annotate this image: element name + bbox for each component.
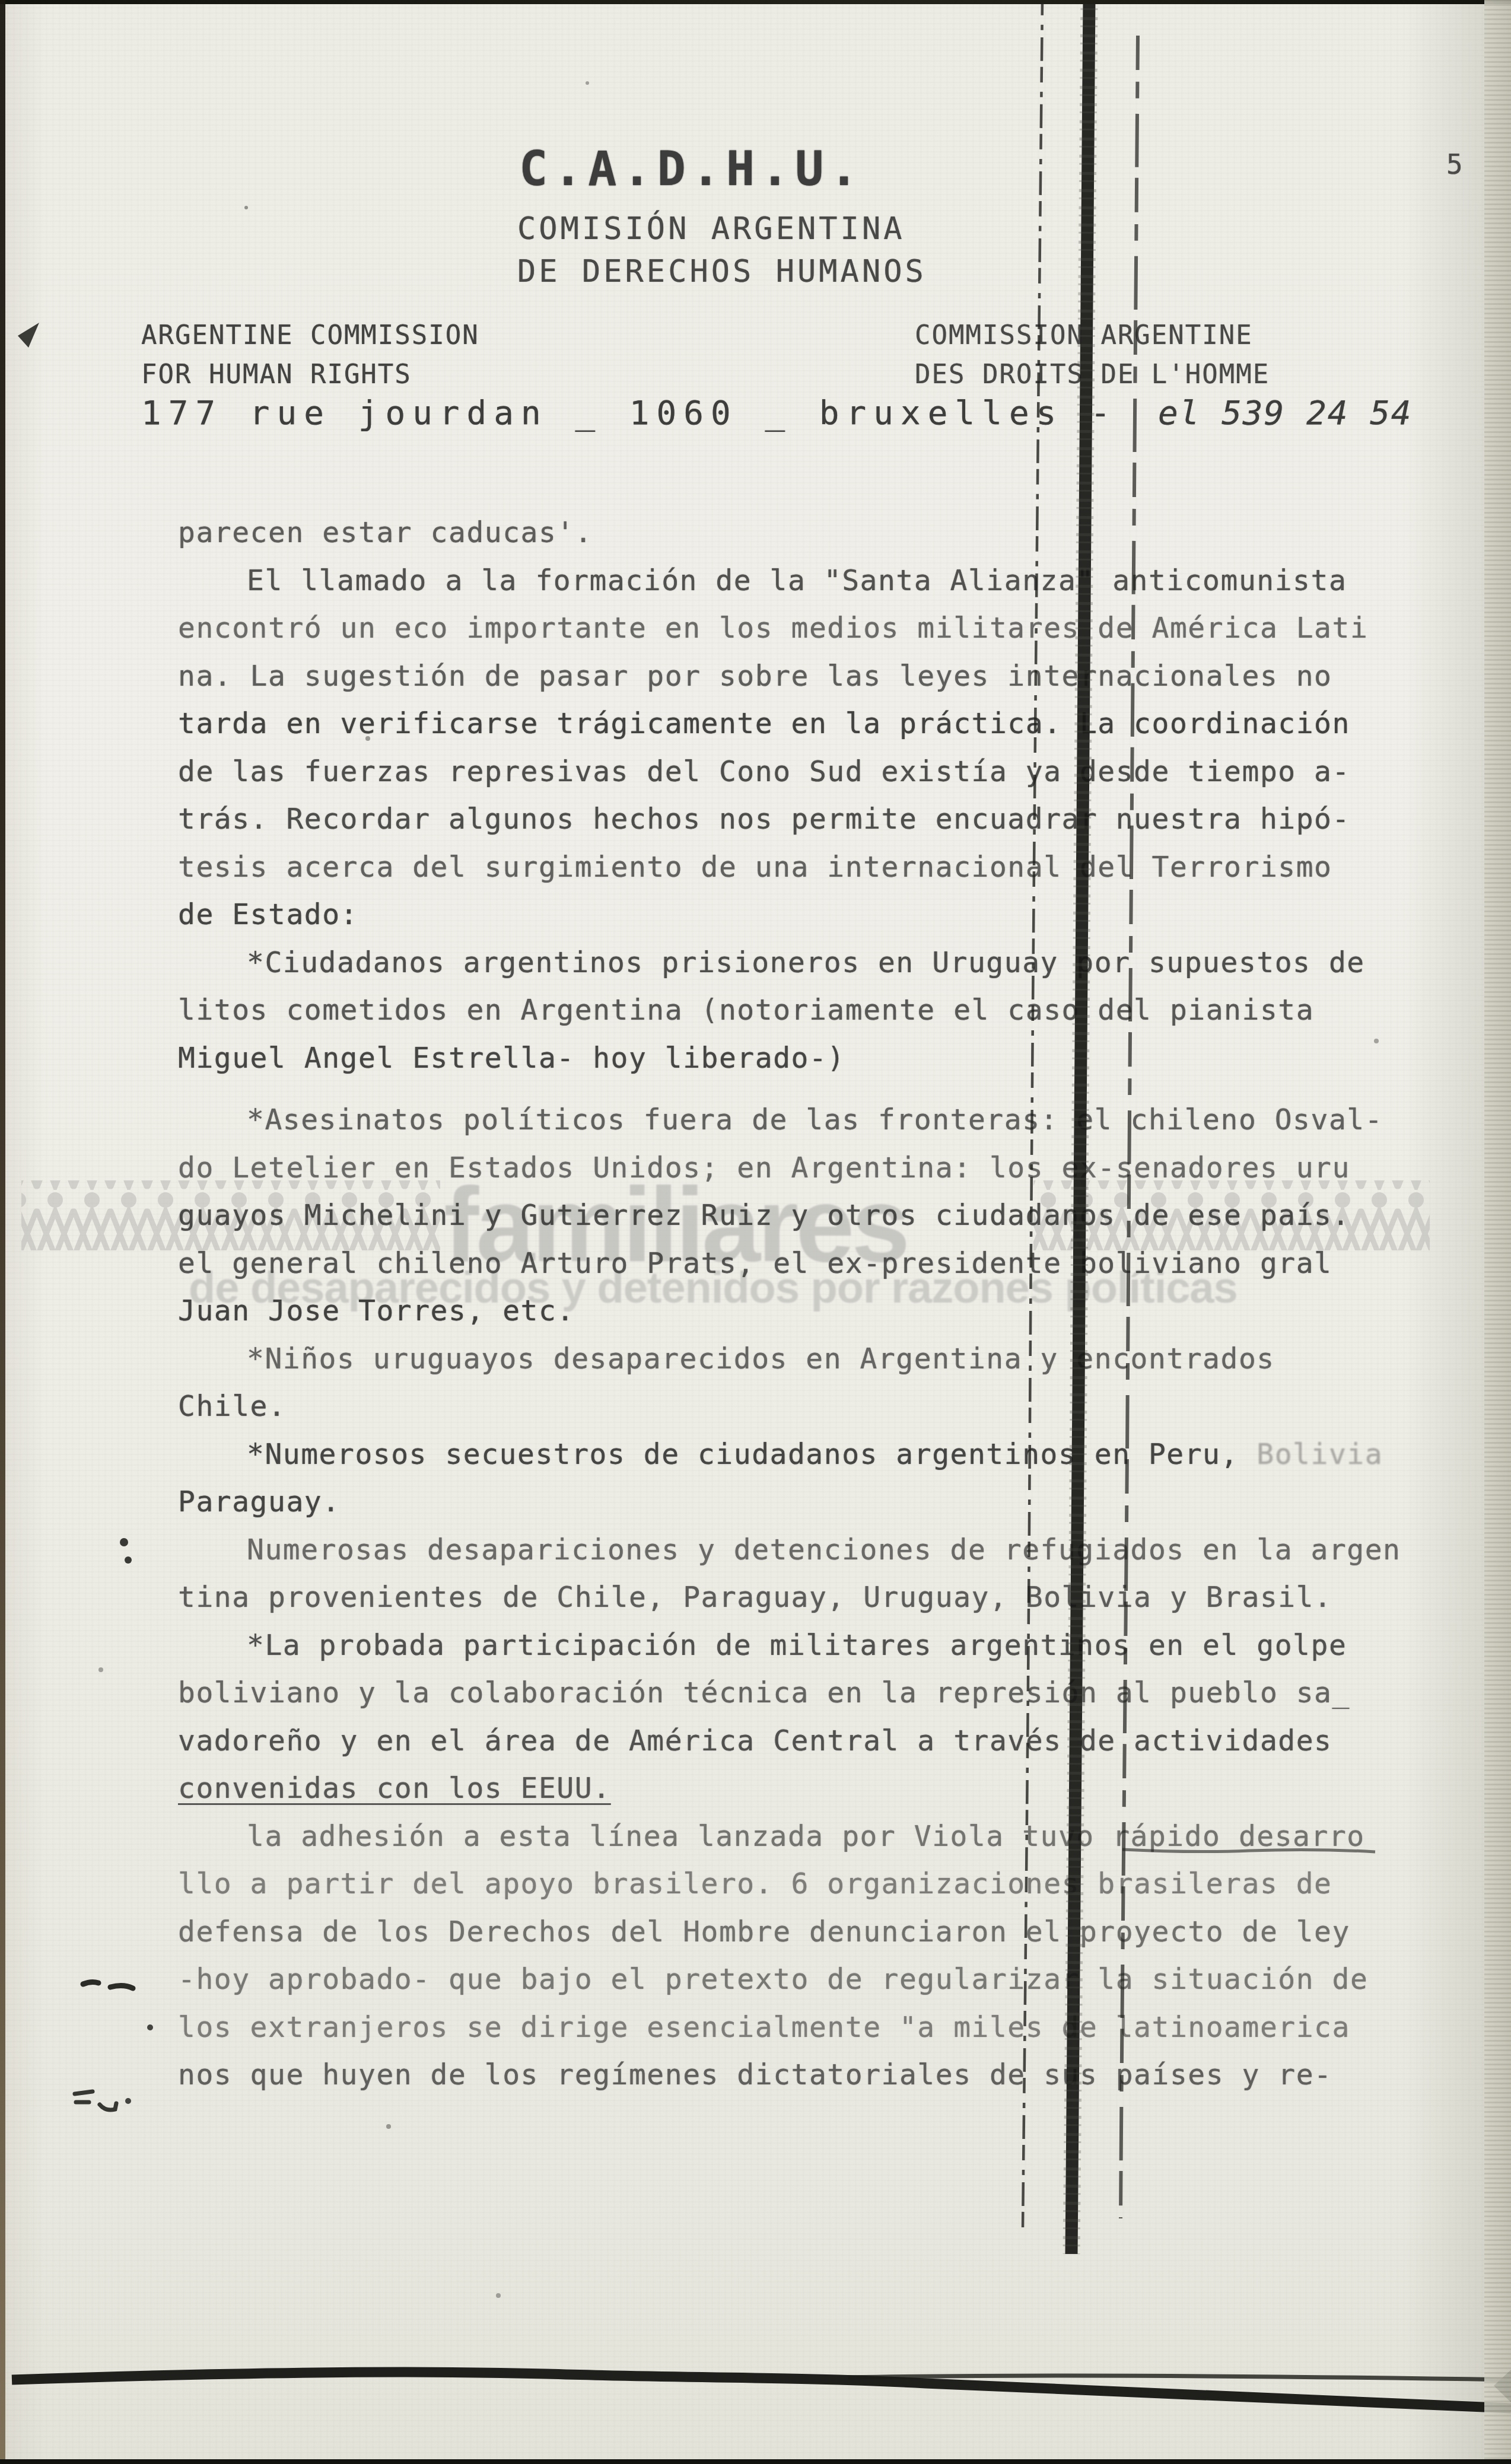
- body-line: na. La sugestión de pasar por sobre las …: [178, 652, 1401, 701]
- body-line: vadoreño y en el área de América Central…: [178, 1717, 1401, 1765]
- org-acronym: C.A.D.H.U.: [519, 141, 864, 196]
- body-line: de Estado:: [178, 891, 1401, 939]
- page-number: 5: [1446, 148, 1463, 180]
- body-line-text: guayos Michelini y Gutierrez Ruiz y otro…: [178, 1199, 1350, 1232]
- phone-number: el 539 24 54: [1158, 394, 1413, 432]
- body-line-text: la adhesión a esta línea lanzada por Vio…: [247, 1820, 1365, 1853]
- body-line-text: Juan Jose Torres, etc.: [178, 1294, 575, 1327]
- body-line: trás. Recordar algunos hechos nos permit…: [178, 795, 1401, 843]
- body-line: boliviano y la colaboración técnica en l…: [178, 1669, 1401, 1717]
- org-name-spanish-line2: DE DERECHOS HUMANOS: [517, 254, 927, 289]
- body-line-text: *Numerosos secuestros de ciudadanos arge…: [247, 1438, 1256, 1471]
- body-line-text: do Letelier en Estados Unidos; en Argent…: [178, 1151, 1350, 1185]
- body-line-text: *Ciudadanos argentinos prisioneros en Ur…: [247, 946, 1365, 979]
- body-line-text: El llamado a la formación de la "Santa A…: [247, 564, 1347, 597]
- body-line-text: nos que huyen de los regímenes dictatori…: [178, 2058, 1332, 2091]
- org-name-french-line2: DES DROITS DE L'HOMME: [915, 359, 1270, 390]
- body-line: *Numerosos secuestros de ciudadanos arge…: [178, 1431, 1401, 1479]
- body-line-text: convenidas con los EEUU.: [178, 1772, 611, 1805]
- body-line: *La probada participación de militares a…: [178, 1622, 1401, 1670]
- body-line: do Letelier en Estados Unidos; en Argent…: [178, 1144, 1401, 1192]
- page-top-edge: [0, 0, 1511, 4]
- body-line-text: na. La sugestión de pasar por sobre las …: [178, 660, 1332, 693]
- body-line: *Ciudadanos argentinos prisioneros en Ur…: [178, 939, 1401, 987]
- body-line-text: tarda en verificarse trágicamente en la …: [178, 707, 1350, 740]
- body-line: nos que huyen de los regímenes dictatori…: [178, 2051, 1401, 2099]
- body-line-text: parecen estar caducas'.: [178, 516, 593, 549]
- body-line-text: el general chileno Arturo Prats, el ex-p…: [178, 1247, 1332, 1280]
- right-edge-wedge: [1494, 2370, 1511, 2402]
- body-line-text: vadoreño y en el área de América Central…: [178, 1724, 1332, 1758]
- address-line: 177 rue jourdan _ 1060 _ bruxelles -: [141, 394, 1118, 432]
- body-line: la adhesión a esta línea lanzada por Vio…: [178, 1813, 1401, 1861]
- margin-correction-mark: [75, 2091, 116, 2110]
- body-line: Paraguay.: [178, 1478, 1401, 1526]
- body-line-text: defensa de los Derechos del Hombre denun…: [178, 1915, 1350, 1949]
- body-line-text: *Asesinatos políticos fuera de las front…: [247, 1103, 1383, 1137]
- body-line-text: boliviano y la colaboración técnica en l…: [178, 1676, 1350, 1709]
- scanned-document-page: familiares de desaparecidos y detenidos …: [0, 0, 1511, 2464]
- margin-double-dash: [83, 1982, 133, 1988]
- body-line: -hoy aprobado- que bajo el pretexto de r…: [178, 1956, 1401, 2004]
- body-line-text: trás. Recordar algunos hechos nos permit…: [178, 803, 1350, 836]
- body-line: parecen estar caducas'.: [178, 509, 1401, 557]
- org-name-spanish-line1: COMISIÓN ARGENTINA: [517, 211, 905, 247]
- body-line-text: Numerosas desapariciones y detenciones d…: [247, 1533, 1401, 1567]
- page-bottom-edge: [0, 2459, 1511, 2464]
- body-line: convenidas con los EEUU.: [178, 1765, 1401, 1813]
- body-line-text: encontró un eco importante en los medios…: [178, 612, 1368, 645]
- body-line-text: *Niños uruguayos desaparecidos en Argent…: [247, 1342, 1275, 1376]
- page-left-edge: [0, 0, 5, 2464]
- body-line: defensa de los Derechos del Hombre denun…: [178, 1908, 1401, 1956]
- body-line: de las fuerzas represivas del Cono Sud e…: [178, 748, 1401, 796]
- pen-arrowhead-mark: [18, 323, 39, 348]
- body-line-text: los extranjeros se dirige esencialmente …: [178, 2011, 1350, 2044]
- body-line: Miguel Angel Estrella- hoy liberado-): [178, 1034, 1401, 1083]
- body-line: tarda en verificarse trágicamente en la …: [178, 700, 1401, 748]
- org-name-french-line1: COMMISSION ARGENTINE: [915, 320, 1253, 351]
- body-line-text: Miguel Angel Estrella- hoy liberado-): [178, 1042, 845, 1075]
- page-right-edge: [1484, 0, 1511, 2464]
- body-line: los extranjeros se dirige esencialmente …: [178, 2004, 1401, 2052]
- body-line-text: Chile.: [178, 1390, 286, 1423]
- margin-dot: [147, 2024, 153, 2030]
- body-line-text: -hoy aprobado- que bajo el pretexto de r…: [178, 1963, 1368, 1996]
- org-name-english-line2: FOR HUMAN RIGHTS: [141, 359, 412, 390]
- body-line: Chile.: [178, 1383, 1401, 1431]
- body-line-text: litos cometidos en Argentina (notoriamen…: [178, 994, 1314, 1027]
- body-line: *Asesinatos políticos fuera de las front…: [178, 1096, 1401, 1144]
- margin-colon-dot-2: [125, 1556, 132, 1564]
- body-line: tesis acerca del surgimiento de una inte…: [178, 843, 1401, 892]
- document-body: parecen estar caducas'.El llamado a la f…: [178, 509, 1401, 2099]
- body-line-text: Paraguay.: [178, 1485, 341, 1518]
- body-line-text: *La probada participación de militares a…: [247, 1629, 1347, 1662]
- body-line: llo a partir del apoyo brasilero. 6 orga…: [178, 1860, 1401, 1908]
- margin-colon-dot-1: [120, 1538, 128, 1546]
- body-line-text: tina provenientes de Chile, Paraguay, Ur…: [178, 1581, 1332, 1614]
- body-line: *Niños uruguayos desaparecidos en Argent…: [178, 1335, 1401, 1383]
- body-line-text: de las fuerzas represivas del Cono Sud e…: [178, 755, 1350, 788]
- bottom-fold-line-upper: [848, 2376, 1511, 2380]
- body-line: tina provenientes de Chile, Paraguay, Ur…: [178, 1574, 1401, 1622]
- body-line-text: llo a partir del apoyo brasilero. 6 orga…: [178, 1867, 1332, 1900]
- body-line-faded-tail: Bolivia: [1256, 1438, 1383, 1471]
- body-line: Numerosas desapariciones y detenciones d…: [178, 1526, 1401, 1574]
- bottom-fold-line: [12, 2372, 1511, 2408]
- body-line: Juan Jose Torres, etc.: [178, 1287, 1401, 1335]
- body-line: litos cometidos en Argentina (notoriamen…: [178, 986, 1401, 1034]
- body-line: El llamado a la formación de la "Santa A…: [178, 557, 1401, 605]
- body-line-text: de Estado:: [178, 898, 358, 931]
- body-line: el general chileno Arturo Prats, el ex-p…: [178, 1240, 1401, 1288]
- org-name-english-line1: ARGENTINE COMMISSION: [141, 320, 479, 351]
- body-line: guayos Michelini y Gutierrez Ruiz y otro…: [178, 1192, 1401, 1240]
- body-line-text: tesis acerca del surgimiento de una inte…: [178, 851, 1332, 884]
- body-line: encontró un eco importante en los medios…: [178, 604, 1401, 652]
- margin-correction-dot: [125, 2098, 131, 2104]
